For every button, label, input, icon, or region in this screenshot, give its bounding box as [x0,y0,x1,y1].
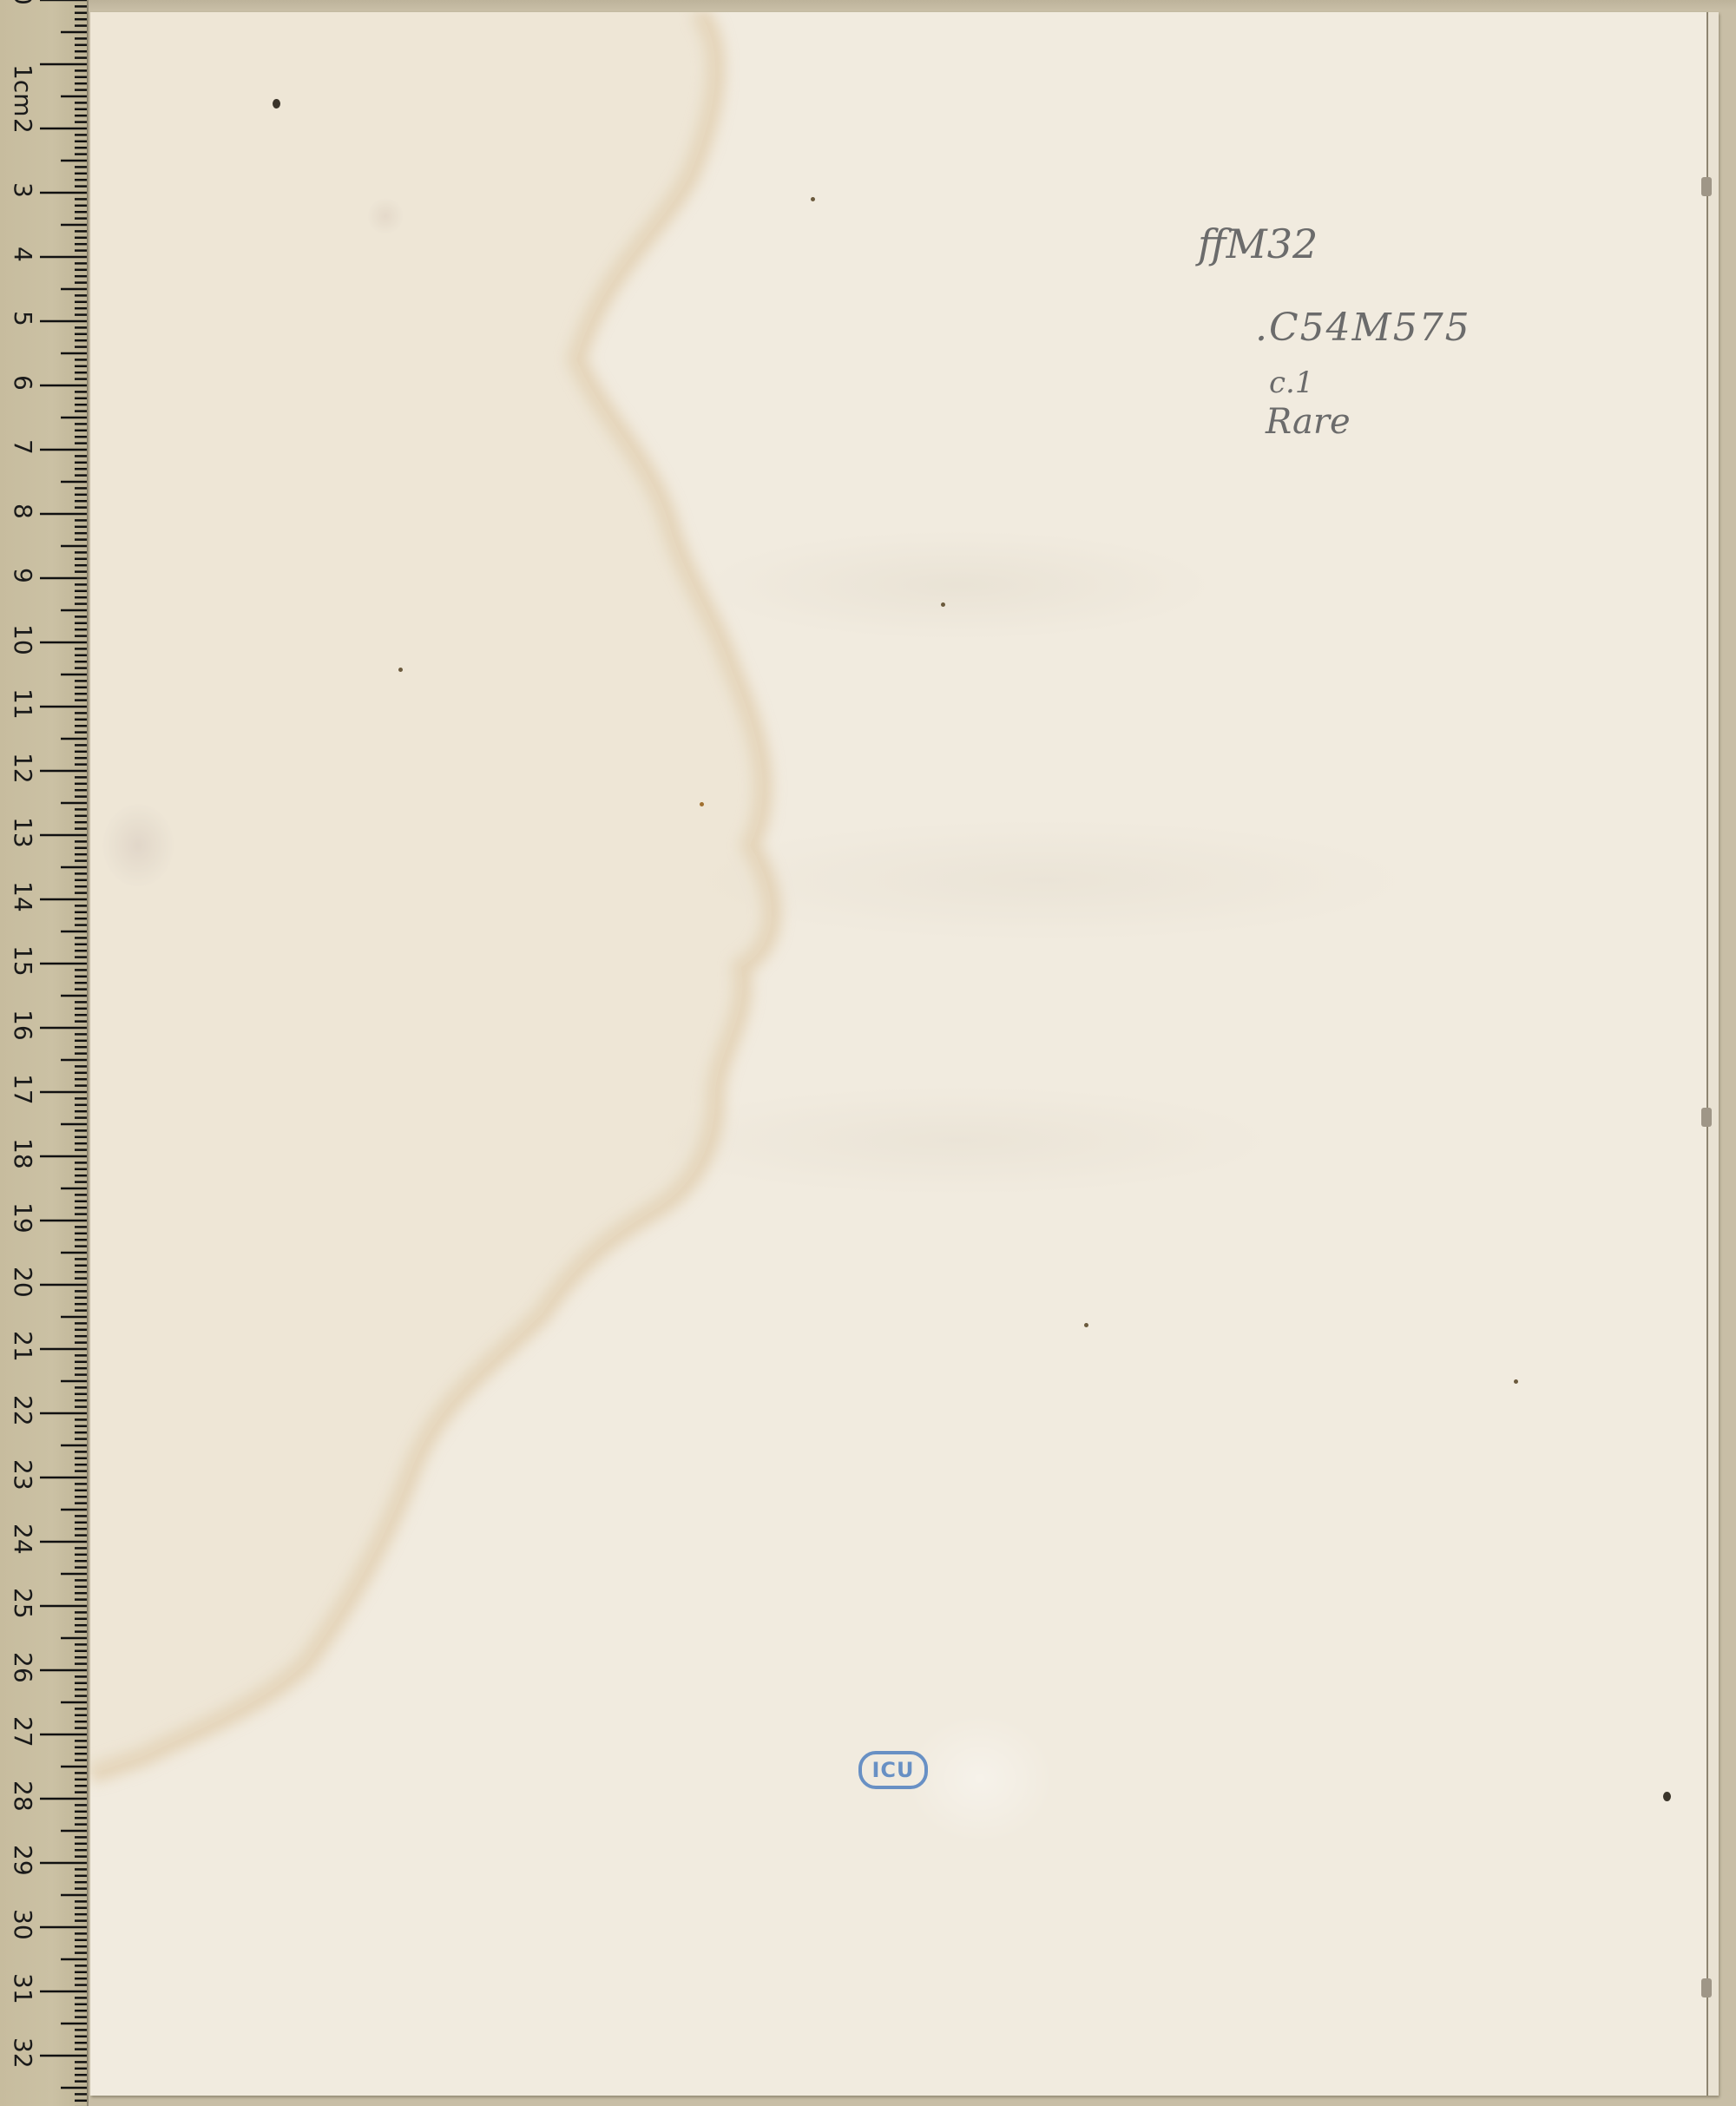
ruler-number: 9 [10,568,35,583]
ruler-number: 11 [10,688,35,720]
stamp-halo [906,1714,1054,1844]
ruler-number: 15 [10,945,35,977]
ruler-number: 14 [10,881,35,912]
ruler-number: 6 [10,375,35,391]
ruler-number: 27 [10,1716,35,1747]
ruler-number: 10 [10,624,35,655]
ruler-number: 25 [10,1588,35,1619]
ruler-number: 0 [10,0,35,4]
call-number-line-2: .C54M575 [1255,309,1471,347]
ruler-number: 21 [10,1331,35,1362]
ruler-number: 23 [10,1459,35,1491]
ruler-number: 16 [10,1010,35,1041]
binding-edge [1708,12,1719,2096]
ruler-number: 29 [10,1845,35,1876]
ruler-number: 5 [10,311,35,326]
ruler-number: 18 [10,1138,35,1169]
binding-stitch [1701,177,1712,196]
ruler-number: 4 [10,247,35,262]
ruler-number: 26 [10,1652,35,1683]
ruler-number: 12 [10,753,35,784]
copy-number: c.1 [1269,368,1313,398]
ruler-number: 8 [10,503,35,519]
collection-label: Rare [1266,405,1351,439]
ruler-number: 32 [10,2037,35,2069]
ruler-number: 2 [10,118,35,134]
paper-speck [1084,1323,1088,1327]
library-stamp: ICU [858,1751,928,1789]
ruler-number: 1cm [10,64,35,116]
measurement-ruler: 01cm234567891011121314151617181920212223… [0,0,89,2106]
ruler-number: 22 [10,1395,35,1426]
paper-speck [700,802,704,806]
ruler-number: 13 [10,817,35,848]
paper-speck [398,668,403,672]
binding-stitch [1701,1108,1712,1127]
ruler-number: 31 [10,1973,35,2004]
ruler-number: 19 [10,1202,35,1234]
paper-speck [811,197,815,201]
ruler-number: 28 [10,1780,35,1812]
ruler-number: 20 [10,1267,35,1298]
ruler-number: 17 [10,1074,35,1105]
punch-hole [1663,1792,1671,1801]
punch-hole [273,99,280,109]
ruler-number: 24 [10,1524,35,1555]
call-number-line-1: ffM32 [1198,224,1318,264]
ruler-number: 30 [10,1909,35,1940]
binding-fold-line [1706,12,1708,2096]
paper-speck [1514,1379,1518,1384]
ruler-number: 7 [10,439,35,455]
paper-speck [941,602,945,607]
binding-stitch [1701,1978,1712,1997]
ruler-number: 3 [10,182,35,198]
